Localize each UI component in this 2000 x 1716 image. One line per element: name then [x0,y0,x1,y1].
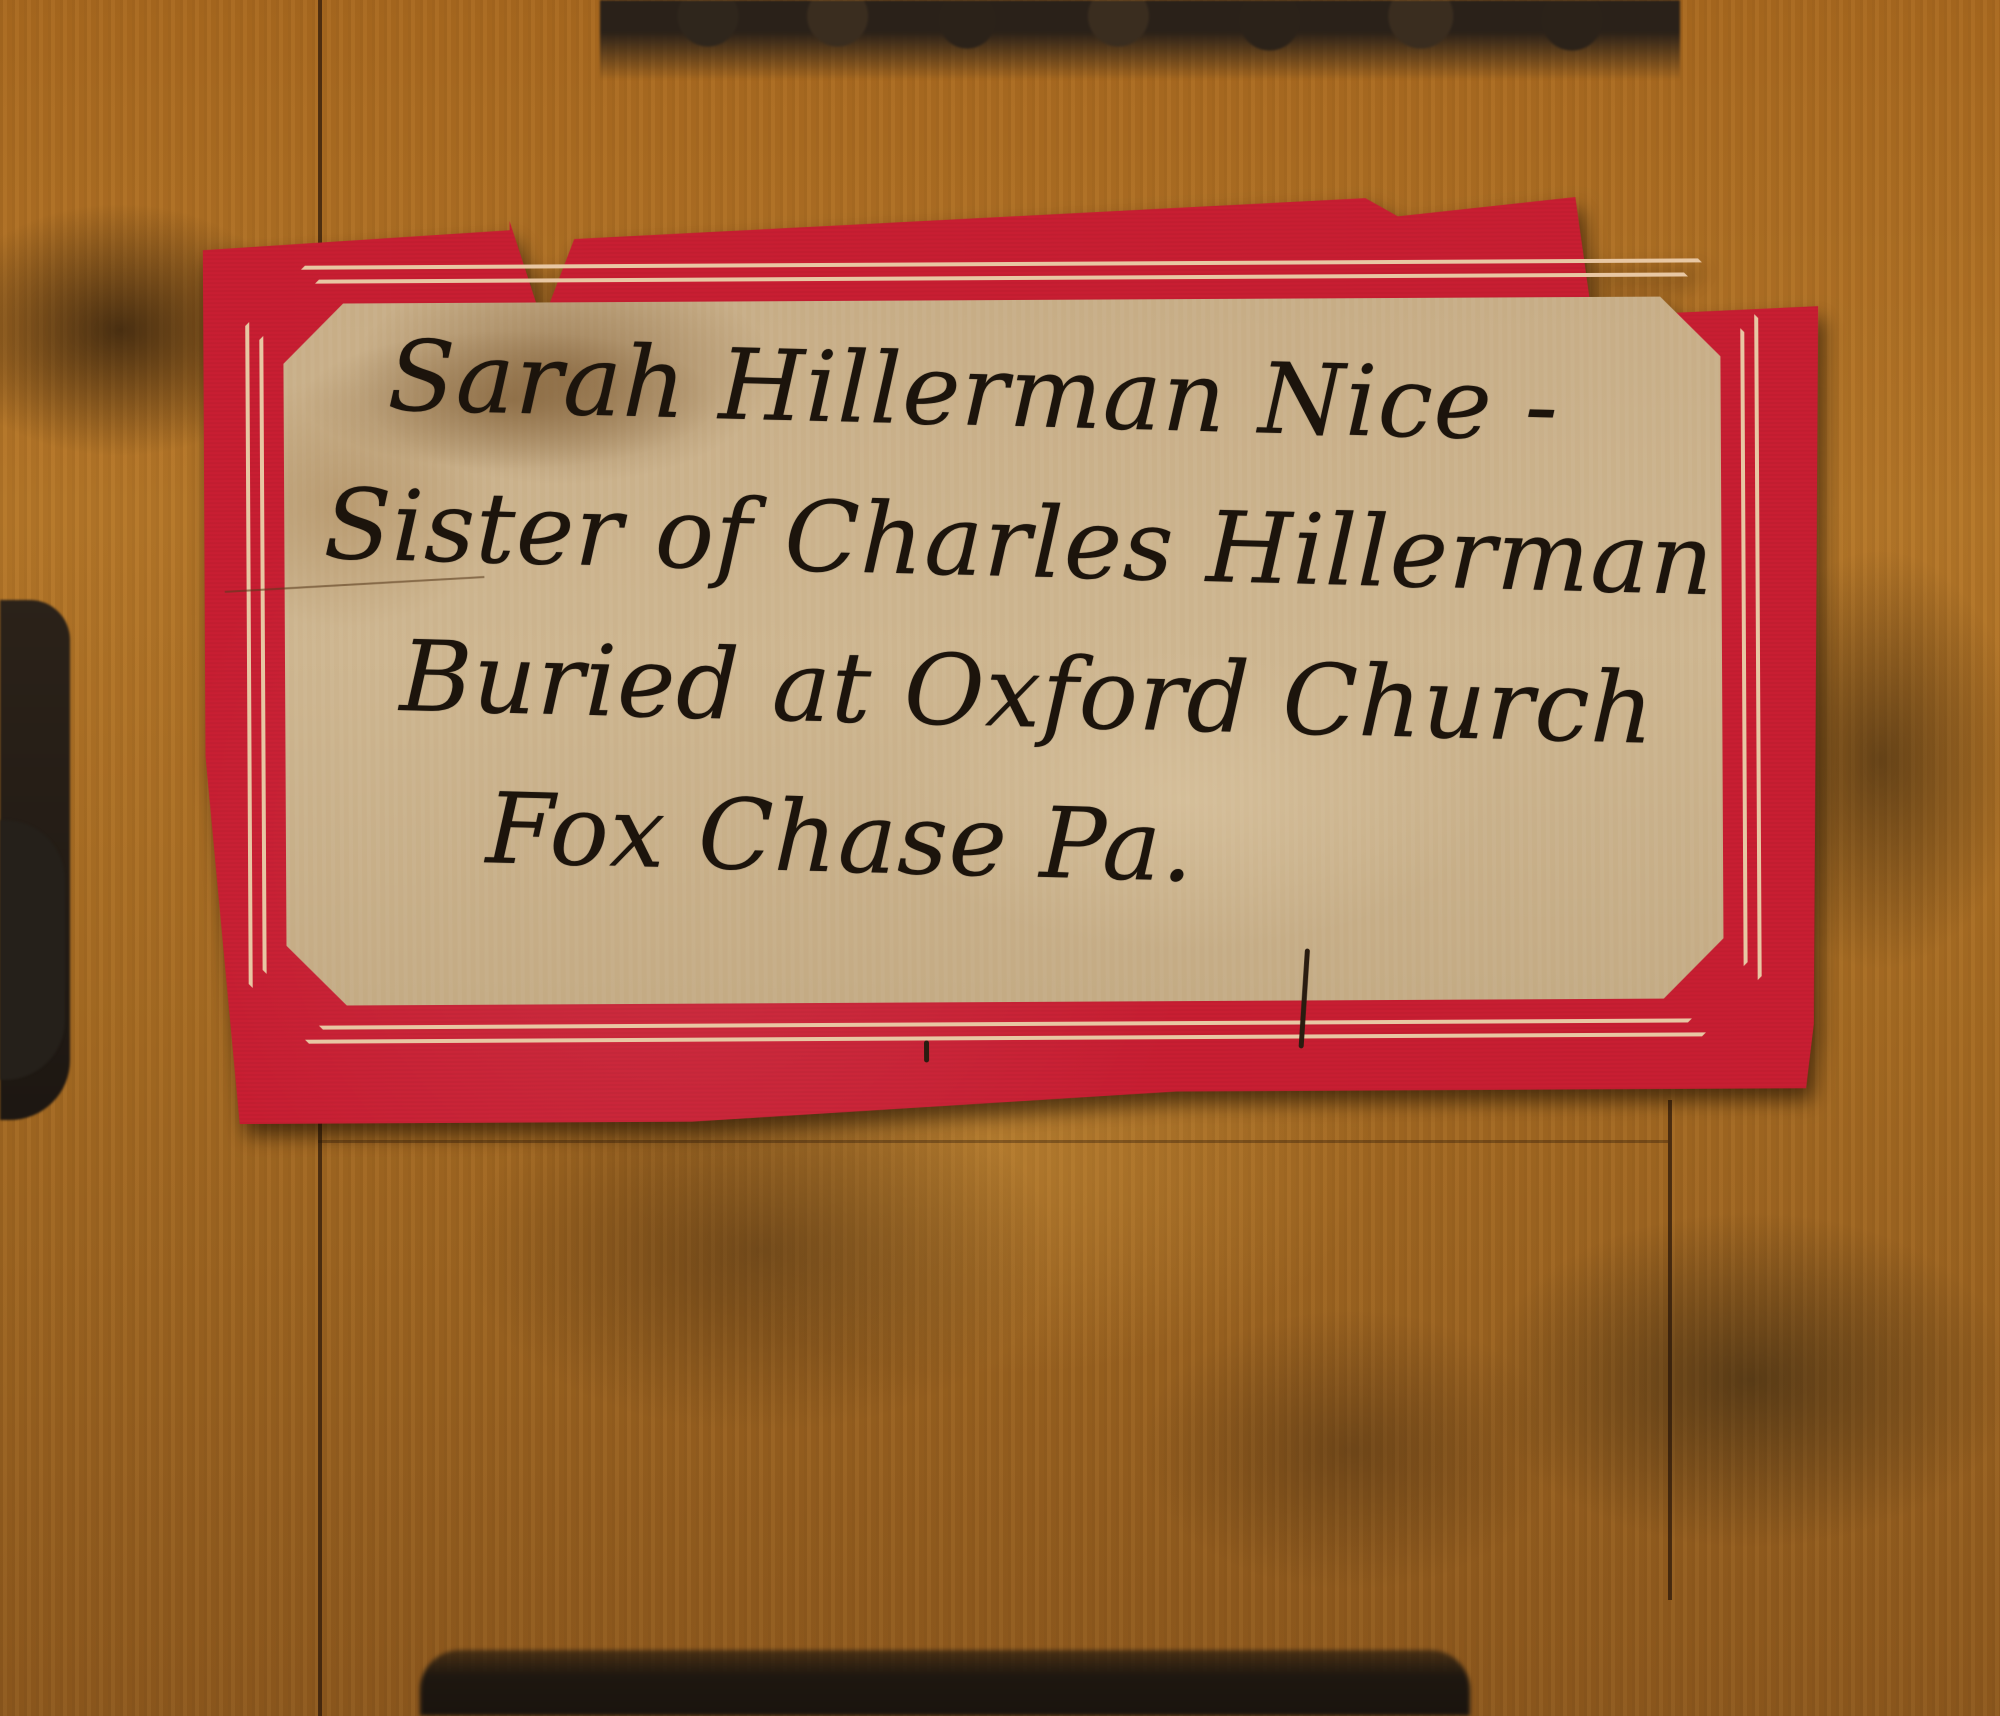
inscription-line-4: Fox Chase Pa. [484,754,1668,935]
wood-seam-right [1668,1100,1672,1600]
photo-scene: Sarah Hillerman Nice - Sister of Charles… [0,0,2000,1716]
wood-seam-horizontal [318,1140,1668,1143]
dark-ornament-left-lower [0,820,65,1080]
dark-ornament-top [600,0,1680,80]
handwritten-inscription: Sarah Hillerman Nice - Sister of Charles… [314,300,1679,935]
dark-ornament-bottom [420,1650,1470,1716]
label-nick [924,1040,929,1062]
